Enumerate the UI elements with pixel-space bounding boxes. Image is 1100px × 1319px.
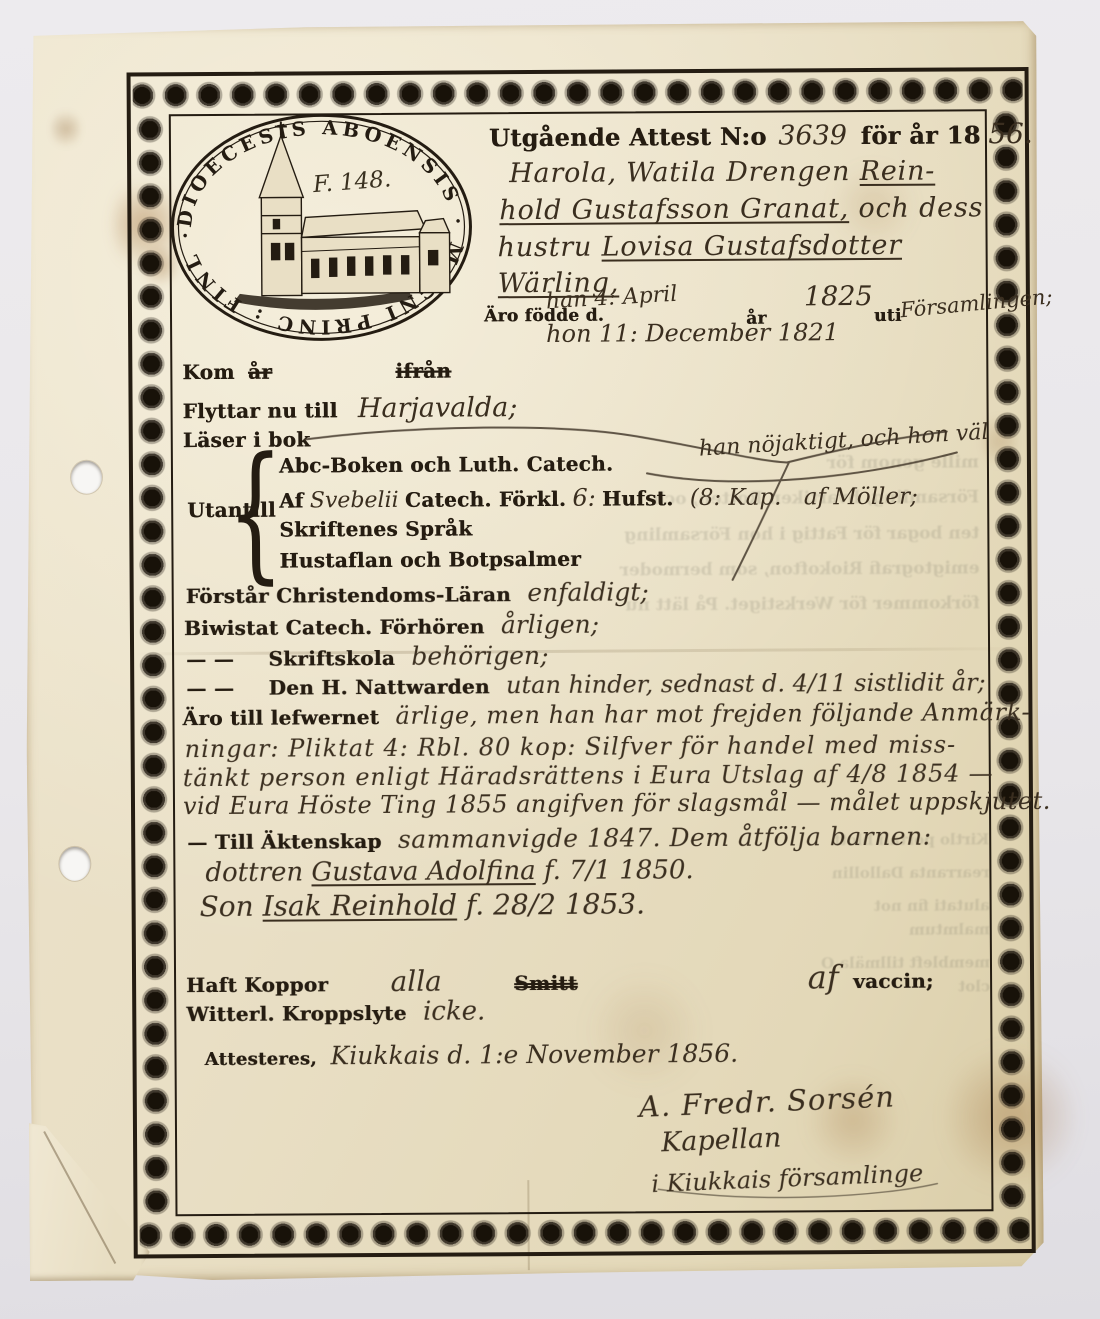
deformity-row: Witterl. Kroppslyte icke.	[186, 996, 485, 1028]
kom-ifran-row: Kom år ifrån	[182, 359, 451, 385]
remark-line: vid Eura Höste Ting 1855 angifven för sl…	[183, 787, 1051, 820]
statement-row: Biwistat Catech. Förhören årligen;	[184, 610, 599, 642]
child-birthdate: f. 28/2 1853.	[457, 887, 645, 921]
printed-text: Den H. Nattwarden	[268, 674, 489, 699]
punch-hole-bottom	[59, 847, 90, 881]
printed-text: Witterl. Kroppslyte	[186, 1001, 406, 1026]
printed-text: Förstår Christendoms-Läran	[186, 582, 511, 608]
attest-header: Utgående Attest N:o 3639 för år 18 56.	[489, 117, 1033, 153]
printed-text: vaccin;	[853, 969, 934, 993]
statement-row: — — Den H. Nattwarden utan hinder, sedna…	[186, 668, 986, 701]
handwritten-text: af	[808, 958, 839, 996]
printed-text: — Till Äktenskap	[187, 829, 381, 854]
rosette-row-bottom	[140, 1212, 1030, 1253]
statement-row: Förstår Christendoms-Läran enfaldigt;	[186, 577, 649, 609]
rosette-column-right	[988, 108, 1031, 1212]
printed-text: Skriftskola	[268, 646, 395, 671]
handwritten-text: (8: Kap.	[690, 485, 782, 512]
name-text: hustru	[498, 232, 602, 264]
printed-text: Attesteres,	[204, 1048, 316, 1070]
printed-text: Haft Koppor	[186, 972, 328, 997]
handwritten-text: ärlige, men han har mot frejden följande…	[395, 698, 1030, 730]
header-printed-year-label: för år 18	[861, 120, 981, 150]
name-text: och dess	[849, 192, 983, 224]
handwritten-text: utan hinder, sednast d. 4/11 sistlidit å…	[506, 668, 986, 699]
person-name-line: hustru Lovisa Gustafsdotter	[498, 230, 902, 263]
child-row: Son Isak Reinhold f. 28/2 1853.	[200, 887, 646, 923]
flyttar-value: Harjavalda;	[358, 392, 518, 424]
header-attest-number: 3639	[778, 120, 847, 151]
name-underlined: hold Gustafsson Granat,	[499, 193, 849, 226]
utantill-item: Hustaflan och Botpsalmer	[279, 547, 581, 573]
printed-text: Catech. Förkl.	[405, 487, 566, 512]
ar-struck-label: år	[248, 360, 272, 384]
ifran-struck-label: ifrån	[395, 359, 451, 383]
child-name: Isak Reinhold	[263, 889, 458, 923]
name-underlined: Rein-	[860, 156, 936, 187]
child-prefix: dottren	[205, 857, 311, 888]
child-prefix: Son	[200, 890, 263, 923]
person-name-line: Harola, Watila Drengen Rein-	[509, 156, 935, 190]
smallpox-row: Haft Koppor alla Smitt af vaccin;	[186, 958, 934, 1001]
statement-row: — — Skriftskola behörigen;	[186, 641, 549, 672]
marriage-row: — Till Äktenskap sammanvigde 1847. Dem å…	[187, 822, 932, 856]
smitt-struck-label: Smitt	[514, 971, 577, 995]
place-date-value: Kiukkais d. 1:e November 1856.	[330, 1039, 738, 1070]
flyttar-row: Flyttar nu till Harjavalda;	[182, 392, 517, 425]
statement-row: Äro till lefwernet ärlige, men han har m…	[182, 698, 1030, 731]
child-name: Gustava Adolfina	[311, 856, 535, 887]
printed-text: Af	[279, 488, 304, 512]
utantill-item: Abc-Boken och Luth. Catech.	[279, 452, 613, 478]
photo-backdrop: mille genom för Församling, hvartiken Ro…	[0, 0, 1100, 1319]
remark-line: ningar: Pliktat 4: Rbl. 80 kop: Silfver …	[185, 730, 957, 763]
header-printed-label: Utgående Attest N:o	[489, 122, 767, 153]
diocese-seal: DIOECESIS ABOENSIS · MAGNI PRINC : FINL …	[163, 104, 480, 350]
printed-text: Äro till lefwernet	[182, 705, 379, 730]
handwritten-text: behörigen;	[411, 641, 548, 671]
seal-form-number: F. 148.	[311, 166, 392, 198]
child-birthdate: f. 7/1 1850.	[536, 855, 694, 886]
utantill-item: Skriftenes Språk	[279, 516, 472, 541]
ditto-dashes: — —	[186, 647, 234, 671]
birthyear-husband: 1825	[804, 281, 873, 312]
punch-hole-top	[71, 461, 102, 494]
uti-label: uti	[874, 306, 902, 326]
attest-document: mille genom för Församling, hvartiken Ro…	[0, 0, 1100, 1319]
handwritten-text: sammanvigde 1847. Dem åtfölja barnen:	[398, 822, 932, 854]
handwritten-text: Svebelii	[310, 488, 399, 514]
utantill-item: Af Svebelii Catech. Förkl. 6: Hufst. (8:…	[279, 482, 918, 514]
attestation-row: Attesteres, Kiukkais d. 1:e November 185…	[204, 1039, 738, 1071]
kom-label: Kom	[182, 360, 235, 384]
ditto-dashes: — —	[186, 676, 234, 700]
utantill-brace: {	[227, 438, 284, 586]
flyttar-label: Flyttar nu till	[183, 398, 338, 423]
person-name-line: hold Gustafsson Granat, och dess	[499, 192, 983, 226]
header-year-value: 56.	[988, 117, 1033, 150]
birthdate-wife: hon 11: December 1821	[546, 318, 839, 348]
signature-title: Kapellan	[660, 1122, 781, 1158]
handwritten-text: årligen;	[501, 610, 599, 640]
printed-text: Biwistat Catech. Förhören	[184, 614, 485, 640]
name-text: Harola, Watila Drengen	[509, 156, 860, 189]
handwritten-text: alla	[390, 965, 441, 998]
name-underlined: Lovisa Gustafsdotter	[601, 230, 902, 263]
handwritten-text: enfaldigt;	[527, 577, 649, 607]
handwritten-text: 6:	[572, 484, 596, 512]
handwritten-text: af Möller;	[804, 484, 918, 511]
printed-text: Hufst.	[602, 486, 673, 510]
handwritten-text: icke.	[423, 996, 485, 1026]
child-row: dottren Gustava Adolfina f. 7/1 1850.	[205, 855, 693, 888]
